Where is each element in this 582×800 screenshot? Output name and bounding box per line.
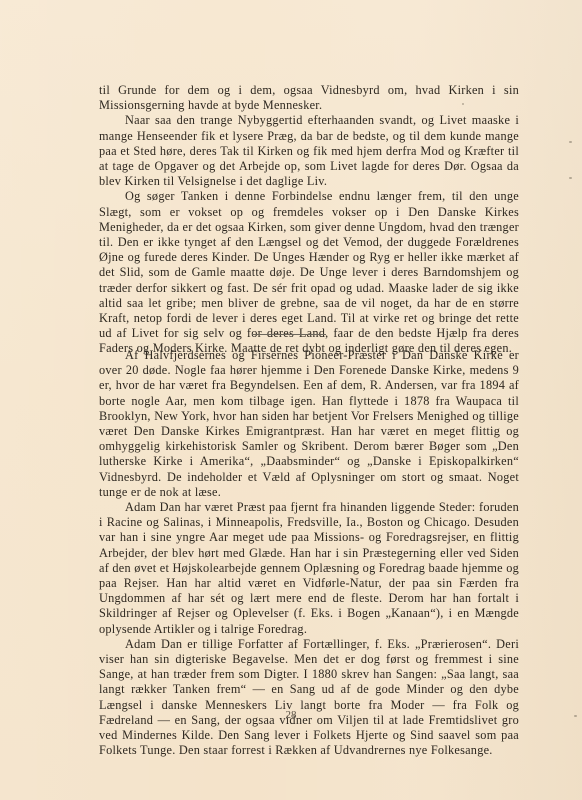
paper-speck [569, 141, 572, 143]
paragraph: Og søger Tanken i denne Forbindelse endn… [99, 189, 519, 356]
paper-speck [462, 103, 464, 105]
page-number: 28 [282, 709, 300, 721]
section-2: Af Halvfjerdsernes og Firsernes Pioneer-… [99, 348, 519, 758]
paragraph: Naar saa den trange Nybyggertid efterhaa… [99, 113, 519, 189]
paper-speck [574, 715, 577, 717]
section-divider [252, 334, 326, 335]
paragraph: Af Halvfjerdsernes og Firsernes Pioneer-… [99, 348, 519, 500]
paragraph: til Grunde for dem og i dem, ogsaa Vidne… [99, 83, 519, 113]
paragraph: Adam Dan har været Præst paa fjernt fra … [99, 500, 519, 637]
section-1: til Grunde for dem og i dem, ogsaa Vidne… [99, 83, 519, 357]
paper-speck [569, 177, 572, 179]
paragraph: Adam Dan er tillige Forfatter af Fortæll… [99, 637, 519, 759]
document-page: til Grunde for dem og i dem, ogsaa Vidne… [0, 0, 582, 800]
